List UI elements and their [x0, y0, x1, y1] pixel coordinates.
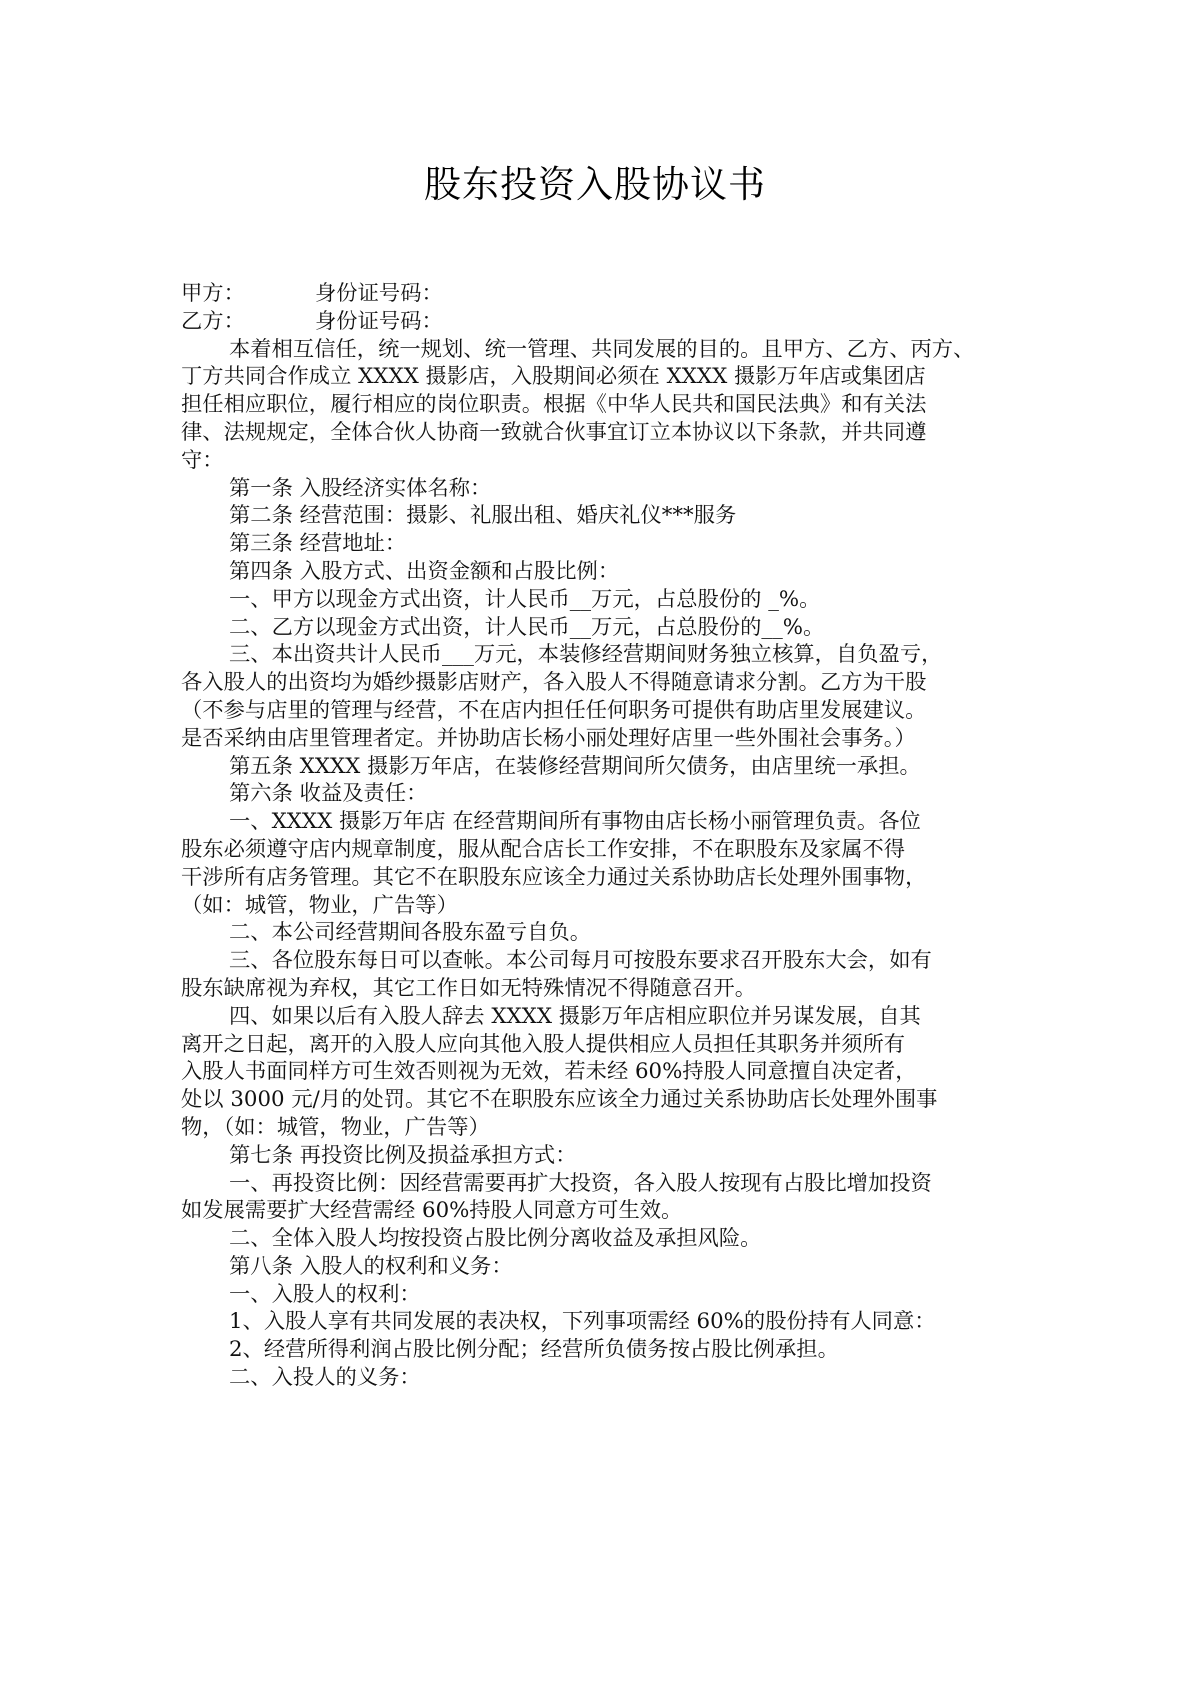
document-line: 1、入股人享有共同发展的表决权，下列事项需经 60%的股份持有人同意：: [181, 1308, 1016, 1336]
document-line: 第八条 入股人的权利和义务：: [181, 1253, 1016, 1281]
document-line: 第三条 经营地址：: [181, 530, 1016, 558]
document-line: 第二条 经营范围：摄影、礼服出租、婚庆礼仪***服务: [181, 502, 1016, 530]
document-line: 二、乙方以现金方式出资，计人民币__万元，占总股份的__%。: [181, 614, 1016, 642]
document-line: 各入股人的出资均为婚纱摄影店财产，各入股人不得随意请求分割。乙方为干股: [181, 669, 1016, 697]
document-title: 股东投资入股协议书: [0, 160, 1190, 210]
party-b-row: 乙方：身份证号码：: [181, 308, 1016, 336]
document-line: 第五条 XXXX 摄影万年店，在装修经营期间所欠债务，由店里统一承担。: [181, 753, 1016, 781]
document-line: 守：: [181, 447, 1016, 475]
document-lines: 本着相互信任，统一规划、统一管理、共同发展的目的。且甲方、乙方、丙方、丁方共同合…: [181, 336, 1016, 1392]
document-line: 离开之日起，离开的入股人应向其他入股人提供相应人员担任其职务并须所有: [181, 1031, 1016, 1059]
document-line: 丁方共同合作成立 XXXX 摄影店，入股期间必须在 XXXX 摄影万年店或集团店: [181, 363, 1016, 391]
document-line: 股东缺席视为弃权，其它工作日如无特殊情况不得随意召开。: [181, 975, 1016, 1003]
party-b-label: 乙方：: [181, 308, 315, 336]
document-line: 干涉所有店务管理。其它不在职股东应该全力通过关系协助店长处理外围事物，: [181, 864, 1016, 892]
party-b-id-label: 身份证号码：: [315, 309, 443, 334]
document-line: 2、经营所得利润占股比例分配；经营所负债务按占股比例承担。: [181, 1336, 1016, 1364]
document-line: 四、如果以后有入股人辞去 XXXX 摄影万年店相应职位并另谋发展，自其: [181, 1003, 1016, 1031]
document-line: 是否采纳由店里管理者定。并协助店长杨小丽处理好店里一些外围社会事务。）: [181, 725, 1016, 753]
document-line: 三、各位股东每日可以查帐。本公司每月可按股东要求召开股东大会，如有: [181, 947, 1016, 975]
document-line: 第七条 再投资比例及损益承担方式：: [181, 1142, 1016, 1170]
document-line: 二、入投人的义务：: [181, 1364, 1016, 1392]
document-line: 本着相互信任，统一规划、统一管理、共同发展的目的。且甲方、乙方、丙方、: [181, 336, 1016, 364]
document-line: 担任相应职位，履行相应的岗位职责。根据《中华人民共和国民法典》和有关法: [181, 391, 1016, 419]
party-a-row: 甲方：身份证号码：: [181, 280, 1016, 308]
document-line: （如：城管，物业，广告等）: [181, 892, 1016, 920]
document-line: （不参与店里的管理与经营，不在店内担任任何职务可提供有助店里发展建议。: [181, 697, 1016, 725]
document-line: 如发展需要扩大经营需经 60%持股人同意方可生效。: [181, 1197, 1016, 1225]
document-line: 一、甲方以现金方式出资，计人民币__万元，占总股份的 _%。: [181, 586, 1016, 614]
party-a-id-label: 身份证号码：: [315, 281, 443, 306]
document-page: 股东投资入股协议书 甲方：身份证号码： 乙方：身份证号码： 本着相互信任，统一规…: [0, 0, 1190, 1683]
document-line: 二、本公司经营期间各股东盈亏自负。: [181, 919, 1016, 947]
document-line: 入股人书面同样方可生效否则视为无效，若未经 60%持股人同意擅自决定者，: [181, 1058, 1016, 1086]
document-line: 第六条 收益及责任：: [181, 780, 1016, 808]
document-line: 二、全体入股人均按投资占股比例分离收益及承担风险。: [181, 1225, 1016, 1253]
document-line: 律、法规规定，全体合伙人协商一致就合伙事宜订立本协议以下条款，并共同遵: [181, 419, 1016, 447]
document-line: 第一条 入股经济实体名称：: [181, 475, 1016, 503]
document-line: 一、再投资比例：因经营需要再扩大投资，各入股人按现有占股比增加投资: [181, 1170, 1016, 1198]
party-a-label: 甲方：: [181, 280, 315, 308]
document-line: 一、入股人的权利：: [181, 1281, 1016, 1309]
document-line: 一、XXXX 摄影万年店 在经营期间所有事物由店长杨小丽管理负责。各位: [181, 808, 1016, 836]
document-line: 处以 3000 元/月的处罚。其它不在职股东应该全力通过关系协助店长处理外围事: [181, 1086, 1016, 1114]
document-body: 甲方：身份证号码： 乙方：身份证号码： 本着相互信任，统一规划、统一管理、共同发…: [181, 280, 1016, 1392]
document-line: 物，（如：城管，物业，广告等）: [181, 1114, 1016, 1142]
document-line: 三、本出资共计人民币___万元，本装修经营期间财务独立核算，自负盈亏，: [181, 641, 1016, 669]
document-line: 第四条 入股方式、出资金额和占股比例：: [181, 558, 1016, 586]
document-line: 股东必须遵守店内规章制度，服从配合店长工作安排，不在职股东及家属不得: [181, 836, 1016, 864]
